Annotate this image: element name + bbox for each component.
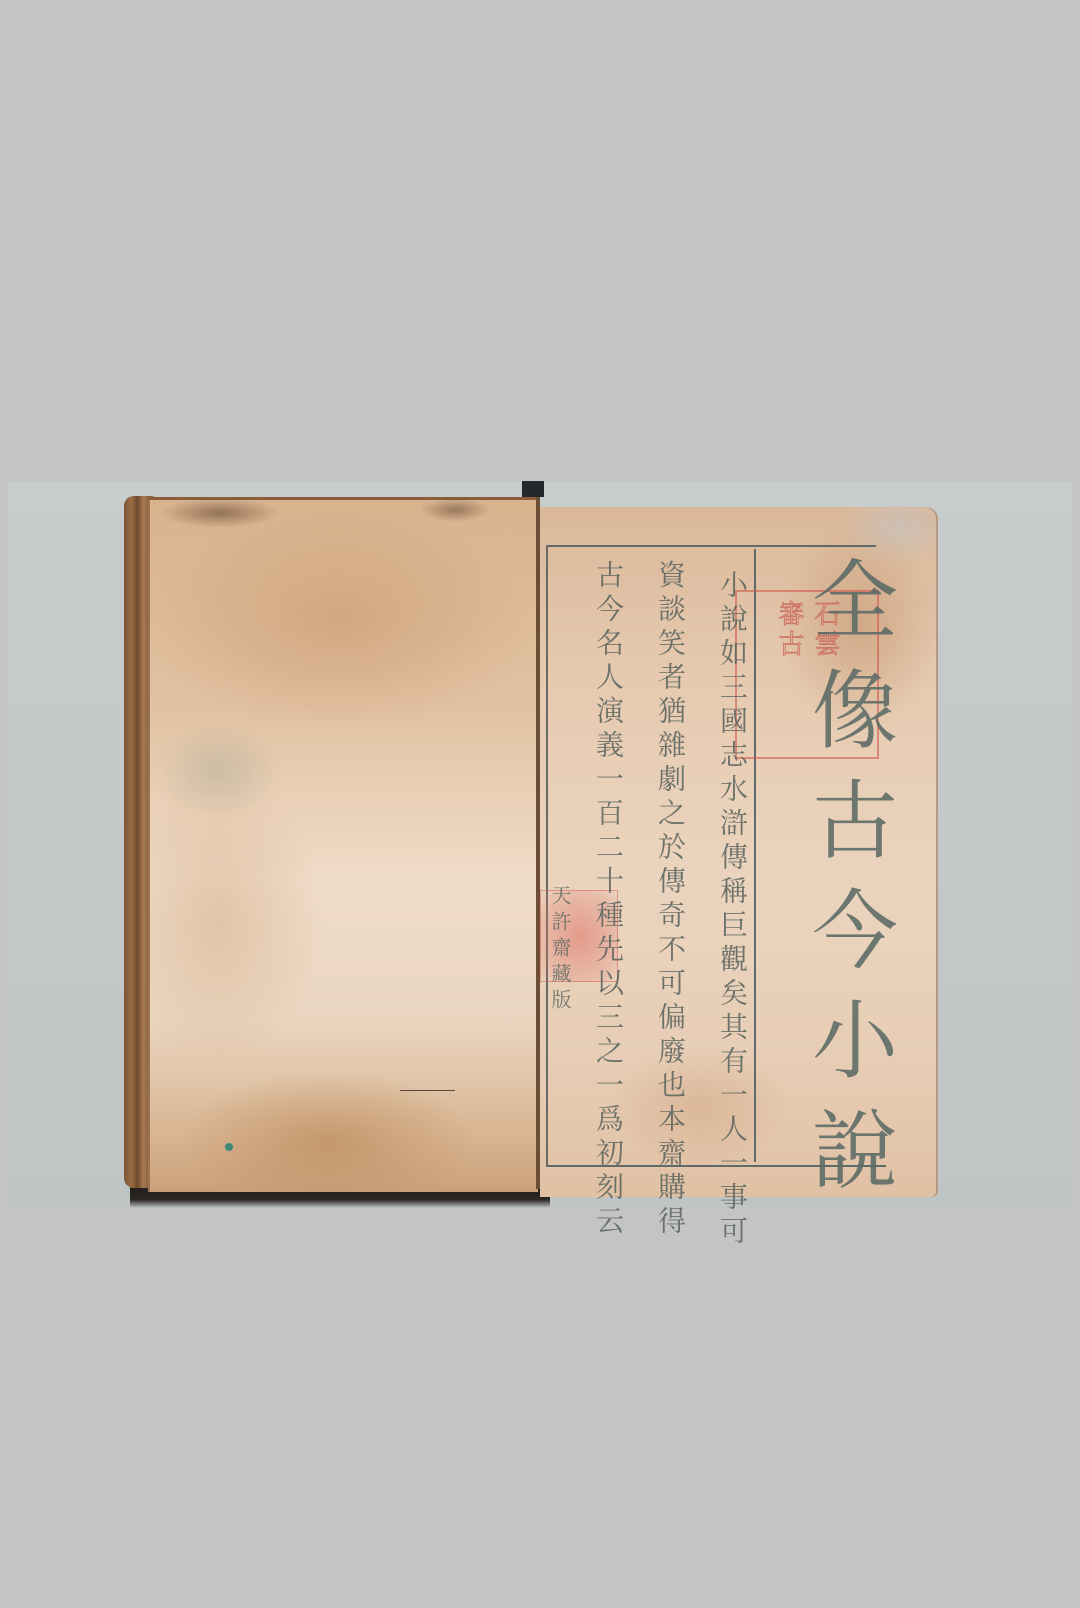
publisher-imprint: 天許齋藏版 <box>550 885 570 1015</box>
text-column-1: 小說如三國志水滸傳稱巨觀矣其有一人一事可 <box>718 570 746 1250</box>
stain <box>420 498 490 522</box>
print-frame-left <box>546 545 548 1167</box>
ink-spot <box>225 1143 233 1151</box>
left-page <box>148 497 538 1192</box>
stain <box>160 498 280 528</box>
bookmark-tab <box>522 481 544 497</box>
print-frame-top <box>546 545 876 547</box>
text-column-3: 古今名人演義一百二十種先以三之一爲初刻云 <box>594 560 622 1240</box>
paper-tear <box>400 1090 455 1091</box>
book-title: 全像古今小說 <box>790 555 890 1215</box>
text-column-2: 資談笑者猶雜劇之於傳奇不可偏廢也本齋購得 <box>656 560 684 1240</box>
